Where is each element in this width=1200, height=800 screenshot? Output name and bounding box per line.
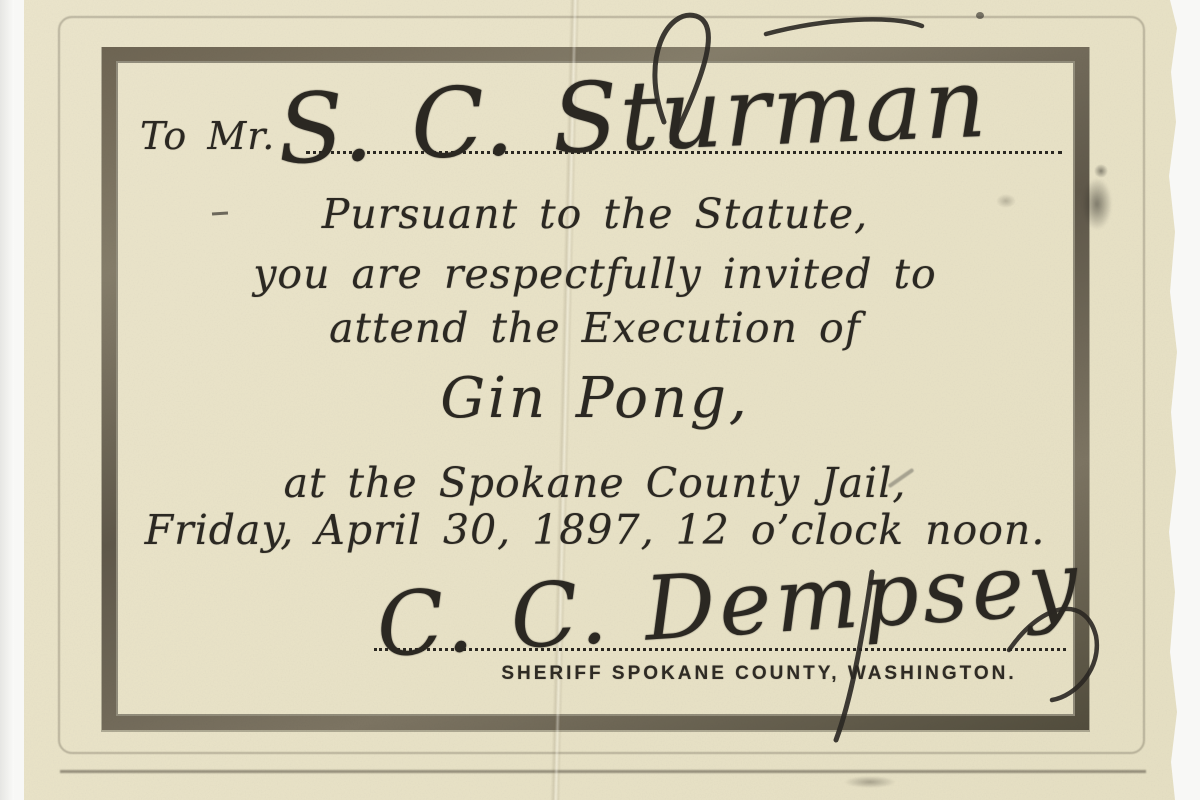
invitation-line-3: attend the Execution of xyxy=(110,304,1080,352)
invitation-line-1: Pursuant to the Statute, xyxy=(110,190,1080,238)
signature-title: SHERIFF SPOKANE COUNTY, WASHINGTON. xyxy=(442,663,1076,685)
ink-smudge xyxy=(1082,178,1112,230)
invitation-card-paper: To Mr. S. C. Sturman Pursuant to the Sta… xyxy=(24,0,1182,800)
condemned-name: Gin Pong, xyxy=(110,366,1080,431)
invitation-line-2: you are respectfully invited to xyxy=(110,250,1080,298)
ink-speck xyxy=(976,12,984,19)
bottom-offset-rule xyxy=(60,770,1146,773)
ink-smudge xyxy=(1094,164,1108,178)
ink-smudge xyxy=(844,776,896,788)
scanned-document-page: { "card": { "salutation": "To Mr.", "rec… xyxy=(0,0,1200,800)
salutation-label: To Mr. xyxy=(140,114,275,158)
scanner-background-edge xyxy=(0,0,14,800)
location-line: at the Spokane County Jail, xyxy=(110,459,1080,507)
